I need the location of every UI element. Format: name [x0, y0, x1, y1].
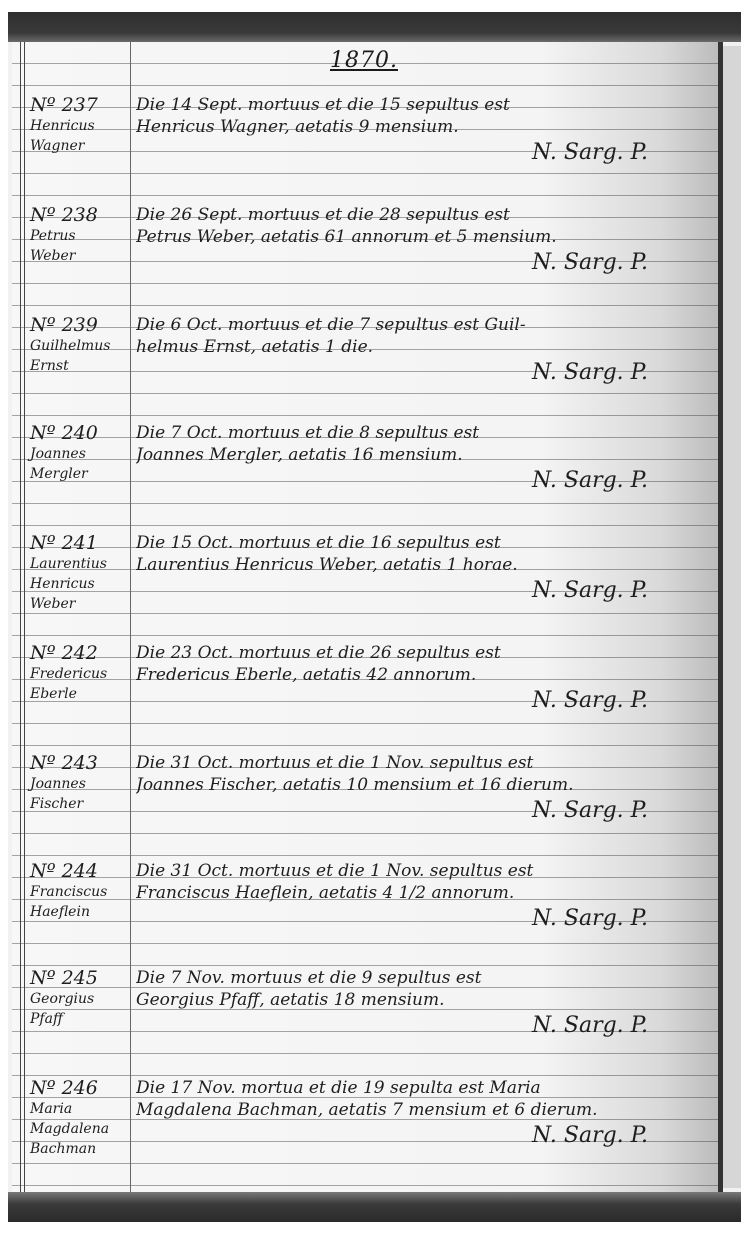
priest-signature: N. Sarg. P. — [532, 250, 648, 275]
register-entry: Nº 245 GeorgiusPfaff Die 7 Nov. mortuus … — [12, 967, 718, 1075]
entry-line-2: Franciscus Haeflein, aetatis 4 1/2 annor… — [136, 882, 696, 904]
margin-name-part: Eberle — [30, 684, 130, 704]
margin-name-part: Weber — [30, 246, 130, 266]
priest-signature: N. Sarg. P. — [532, 140, 648, 165]
entry-number: Nº 243 — [30, 752, 130, 774]
margin-name-part: Georgius — [30, 989, 130, 1009]
margin-name-part: Maria — [30, 1099, 130, 1119]
margin-name-part: Bachman — [30, 1139, 130, 1159]
margin-name-part: Henricus — [30, 574, 130, 594]
entry-number: Nº 239 — [30, 314, 130, 336]
entry-line-1: Die 23 Oct. mortuus et die 26 sepultus e… — [136, 642, 696, 664]
entry-margin: Nº 238 PetrusWeber — [30, 204, 130, 266]
margin-name-part: Laurentius — [30, 554, 130, 574]
entry-margin: Nº 237 HenricusWagner — [30, 94, 130, 156]
entry-number: Nº 238 — [30, 204, 130, 226]
margin-name-part: Haeflein — [30, 902, 130, 922]
entry-line-1: Die 31 Oct. mortuus et die 1 Nov. sepult… — [136, 752, 696, 774]
priest-signature: N. Sarg. P. — [532, 360, 648, 385]
facing-page-edge — [723, 46, 741, 1188]
margin-name-part: Joannes — [30, 444, 130, 464]
entry-line-2: Fredericus Eberle, aetatis 42 annorum. — [136, 664, 696, 686]
register-entry: Nº 242 FredericusEberle Die 23 Oct. mort… — [12, 642, 718, 750]
margin-name-part: Petrus — [30, 226, 130, 246]
entry-line-2: Georgius Pfaff, aetatis 18 mensium. — [136, 989, 696, 1011]
priest-signature: N. Sarg. P. — [532, 1013, 648, 1038]
margin-name-part: Weber — [30, 594, 130, 614]
entry-text: Die 7 Nov. mortuus et die 9 sepultus est… — [136, 967, 696, 1011]
entry-margin: Nº 246 MariaMagdalenaBachman — [30, 1077, 130, 1159]
entry-text: Die 31 Oct. mortuus et die 1 Nov. sepult… — [136, 752, 696, 796]
entry-line-1: Die 26 Sept. mortuus et die 28 sepultus … — [136, 204, 696, 226]
scanned-register-page: 1870. Nº 237 HenricusWagner Die 14 Sept.… — [8, 12, 741, 1222]
entry-text: Die 17 Nov. mortua et die 19 sepulta est… — [136, 1077, 696, 1121]
entry-line-1: Die 31 Oct. mortuus et die 1 Nov. sepult… — [136, 860, 696, 882]
margin-name-part: Joannes — [30, 774, 130, 794]
margin-name-part: Guilhelmus — [30, 336, 130, 356]
entry-text: Die 26 Sept. mortuus et die 28 sepultus … — [136, 204, 696, 248]
register-entry: Nº 241 LaurentiusHenricusWeber Die 15 Oc… — [12, 532, 718, 640]
entry-margin: Nº 239 GuilhelmusErnst — [30, 314, 130, 376]
scan-top-shadow — [8, 12, 741, 42]
entry-line-1: Die 14 Sept. mortuus et die 15 sepultus … — [136, 94, 696, 116]
entry-text: Die 15 Oct. mortuus et die 16 sepultus e… — [136, 532, 696, 576]
entry-line-2: Joannes Mergler, aetatis 16 mensium. — [136, 444, 696, 466]
margin-name-part: Wagner — [30, 136, 130, 156]
entry-margin: Nº 244 FranciscusHaeflein — [30, 860, 130, 922]
entry-number: Nº 241 — [30, 532, 130, 554]
priest-signature: N. Sarg. P. — [532, 578, 648, 603]
entry-line-2: Henricus Wagner, aetatis 9 mensium. — [136, 116, 696, 138]
priest-signature: N. Sarg. P. — [532, 798, 648, 823]
entry-line-1: Die 7 Oct. mortuus et die 8 sepultus est — [136, 422, 696, 444]
entry-text: Die 31 Oct. mortuus et die 1 Nov. sepult… — [136, 860, 696, 904]
entry-line-1: Die 15 Oct. mortuus et die 16 sepultus e… — [136, 532, 696, 554]
entry-number: Nº 246 — [30, 1077, 130, 1099]
entry-line-2: helmus Ernst, aetatis 1 die. — [136, 336, 696, 358]
register-entry: Nº 240 JoannesMergler Die 7 Oct. mortuus… — [12, 422, 718, 530]
register-entry: Nº 246 MariaMagdalenaBachman Die 17 Nov.… — [12, 1077, 718, 1185]
entry-number: Nº 240 — [30, 422, 130, 444]
register-entry: Nº 244 FranciscusHaeflein Die 31 Oct. mo… — [12, 860, 718, 968]
margin-name-part: Pfaff — [30, 1009, 130, 1029]
entry-line-2: Laurentius Henricus Weber, aetatis 1 hor… — [136, 554, 696, 576]
margin-name-part: Magdalena — [30, 1119, 130, 1139]
register-entry: Nº 238 PetrusWeber Die 26 Sept. mortuus … — [12, 204, 718, 312]
register-entry: Nº 237 HenricusWagner Die 14 Sept. mortu… — [12, 94, 718, 202]
year-header: 1870. — [330, 48, 398, 73]
priest-signature: N. Sarg. P. — [532, 1123, 648, 1148]
entry-margin: Nº 242 FredericusEberle — [30, 642, 130, 704]
entry-number: Nº 245 — [30, 967, 130, 989]
entry-line-2: Joannes Fischer, aetatis 10 mensium et 1… — [136, 774, 696, 796]
entry-number: Nº 242 — [30, 642, 130, 664]
entry-margin: Nº 243 JoannesFischer — [30, 752, 130, 814]
entry-text: Die 23 Oct. mortuus et die 26 sepultus e… — [136, 642, 696, 686]
entry-line-1: Die 7 Nov. mortuus et die 9 sepultus est — [136, 967, 696, 989]
priest-signature: N. Sarg. P. — [532, 688, 648, 713]
entry-text: Die 6 Oct. mortuus et die 7 sepultus est… — [136, 314, 696, 358]
entry-line-2: Petrus Weber, aetatis 61 annorum et 5 me… — [136, 226, 696, 248]
margin-name-part: Fredericus — [30, 664, 130, 684]
entry-text: Die 14 Sept. mortuus et die 15 sepultus … — [136, 94, 696, 138]
margin-name-part: Ernst — [30, 356, 130, 376]
ledger-page: 1870. Nº 237 HenricusWagner Die 14 Sept.… — [12, 42, 718, 1192]
priest-signature: N. Sarg. P. — [532, 906, 648, 931]
register-entry: Nº 239 GuilhelmusErnst Die 6 Oct. mortuu… — [12, 314, 718, 422]
scan-bottom-shadow — [8, 1192, 741, 1222]
entry-margin: Nº 240 JoannesMergler — [30, 422, 130, 484]
entry-margin: Nº 241 LaurentiusHenricusWeber — [30, 532, 130, 614]
register-entry: Nº 243 JoannesFischer Die 31 Oct. mortuu… — [12, 752, 718, 860]
entry-text: Die 7 Oct. mortuus et die 8 sepultus est… — [136, 422, 696, 466]
margin-name-part: Fischer — [30, 794, 130, 814]
margin-name-part: Franciscus — [30, 882, 130, 902]
entry-line-2: Magdalena Bachman, aetatis 7 mensium et … — [136, 1099, 696, 1121]
entry-number: Nº 244 — [30, 860, 130, 882]
priest-signature: N. Sarg. P. — [532, 468, 648, 493]
entry-number: Nº 237 — [30, 94, 130, 116]
entry-line-1: Die 17 Nov. mortua et die 19 sepulta est… — [136, 1077, 696, 1099]
margin-name-part: Henricus — [30, 116, 130, 136]
entry-margin: Nº 245 GeorgiusPfaff — [30, 967, 130, 1029]
margin-name-part: Mergler — [30, 464, 130, 484]
entry-line-1: Die 6 Oct. mortuus et die 7 sepultus est… — [136, 314, 696, 336]
